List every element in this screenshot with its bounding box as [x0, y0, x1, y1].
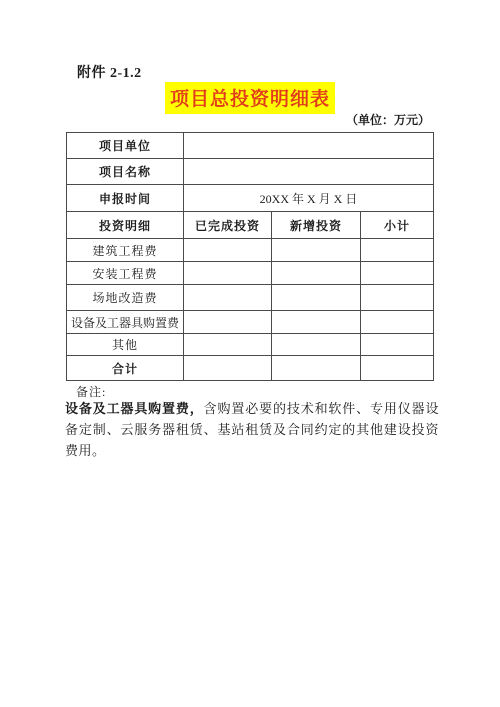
- table-row: 建筑工程费: [67, 239, 434, 262]
- cell-site-renovation-fee-label: 场地改造费: [67, 285, 184, 311]
- cell-site-renovation-fee-new: [272, 285, 361, 311]
- cell-header-detail: 投资明细: [67, 212, 184, 239]
- table-row: 设备及工器具购置费: [67, 311, 434, 334]
- table-row: 申报时间 20XX 年 X 月 X 日: [67, 185, 434, 212]
- cell-total-new: [272, 356, 361, 381]
- cell-installation-fee-completed: [184, 262, 272, 285]
- cell-header-subtotal: 小计: [361, 212, 434, 239]
- table-row: 其他: [67, 334, 434, 356]
- notes-paragraph: 设备及工器具购置费，含购置必要的技术和软件、专用仪器设备定制、云服务器租赁、基站…: [65, 398, 439, 461]
- cell-project-unit-label: 项目单位: [67, 133, 184, 159]
- cell-equipment-fee-label: 设备及工器具购置费: [67, 311, 184, 334]
- cell-equipment-fee-completed: [184, 311, 272, 334]
- page-title: 项目总投资明细表: [165, 82, 335, 114]
- cell-installation-fee-subtotal: [361, 262, 434, 285]
- cell-other-fee-label: 其他: [67, 334, 184, 356]
- cell-declare-date-label: 申报时间: [67, 185, 184, 212]
- attachment-label: 附件 2-1.2: [77, 62, 142, 82]
- cell-total-subtotal: [361, 356, 434, 381]
- cell-declare-date-value: 20XX 年 X 月 X 日: [184, 185, 434, 212]
- cell-construction-fee-completed: [184, 239, 272, 262]
- cell-construction-fee-subtotal: [361, 239, 434, 262]
- notes-bold-lead: 设备及工器具购置费，: [65, 401, 204, 416]
- cell-other-fee-subtotal: [361, 334, 434, 356]
- cell-header-completed: 已完成投资: [184, 212, 272, 239]
- table-row: 安装工程费: [67, 262, 434, 285]
- table-total-row: 合计: [67, 356, 434, 381]
- cell-installation-fee-new: [272, 262, 361, 285]
- document-page: 附件 2-1.2 项目总投资明细表 （单位：万元） 项目单位 项目名称 申报时间…: [0, 0, 500, 707]
- title-wrap: 项目总投资明细表: [0, 82, 500, 114]
- cell-project-name-value: [184, 159, 434, 185]
- table-row: 项目名称: [67, 159, 434, 185]
- table-row: 场地改造费: [67, 285, 434, 311]
- cell-site-renovation-fee-subtotal: [361, 285, 434, 311]
- cell-construction-fee-label: 建筑工程费: [67, 239, 184, 262]
- cell-project-unit-value: [184, 133, 434, 159]
- cell-project-name-label: 项目名称: [67, 159, 184, 185]
- cell-header-new: 新增投资: [272, 212, 361, 239]
- investment-table: 项目单位 项目名称 申报时间 20XX 年 X 月 X 日 投资明细 已完成投资…: [66, 132, 434, 381]
- cell-total-label: 合计: [67, 356, 184, 381]
- unit-note: （单位：万元）: [346, 111, 430, 128]
- table-row: 项目单位: [67, 133, 434, 159]
- table-header-row: 投资明细 已完成投资 新增投资 小计: [67, 212, 434, 239]
- cell-equipment-fee-new: [272, 311, 361, 334]
- cell-other-fee-completed: [184, 334, 272, 356]
- cell-installation-fee-label: 安装工程费: [67, 262, 184, 285]
- cell-equipment-fee-subtotal: [361, 311, 434, 334]
- cell-construction-fee-new: [272, 239, 361, 262]
- cell-site-renovation-fee-completed: [184, 285, 272, 311]
- cell-total-completed: [184, 356, 272, 381]
- cell-other-fee-new: [272, 334, 361, 356]
